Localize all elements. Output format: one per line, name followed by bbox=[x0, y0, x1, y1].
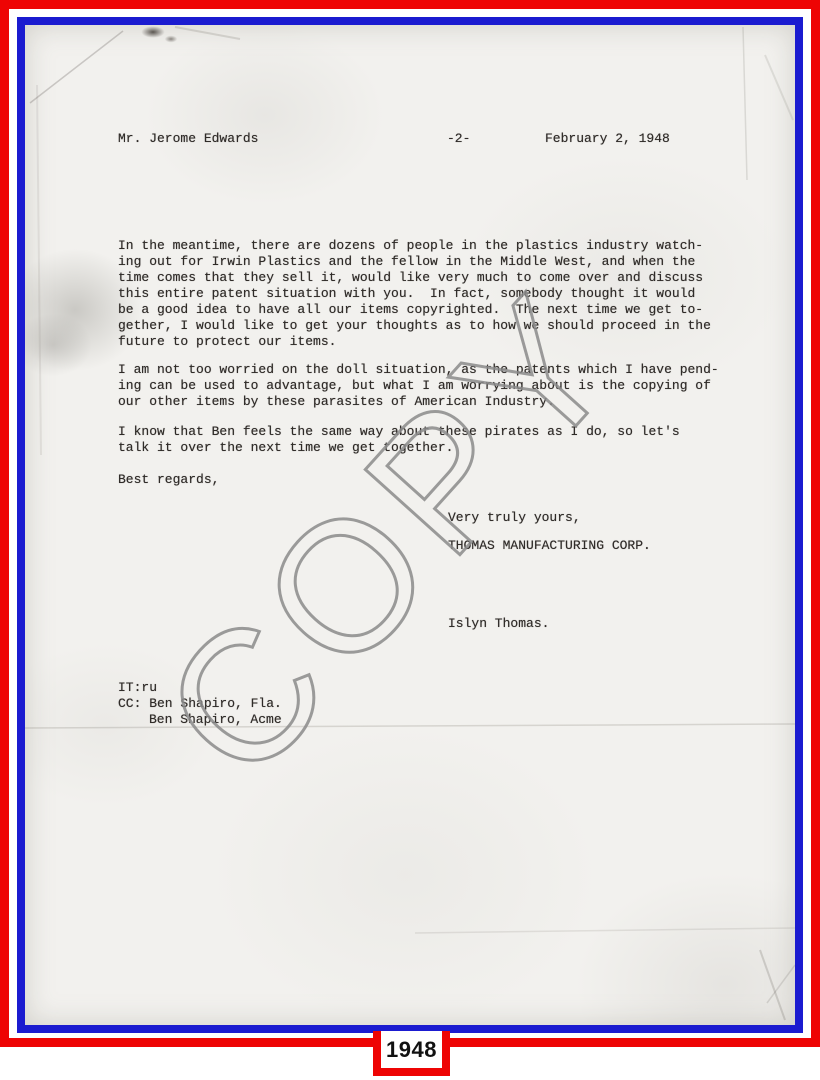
recipient-name: Mr. Jerome Edwards bbox=[118, 131, 258, 147]
signature-name: Islyn Thomas. bbox=[448, 616, 549, 632]
year-tab: 1948 bbox=[373, 1031, 450, 1076]
letter-line: our other items by these parasites of Am… bbox=[118, 394, 719, 410]
cc-line: Ben Shapiro, Acme bbox=[149, 712, 282, 728]
letter-date: February 2, 1948 bbox=[545, 131, 670, 147]
paragraph: In the meantime, there are dozens of peo… bbox=[118, 238, 711, 350]
letter-paper: Mr. Jerome Edwards -2- February 2, 1948 … bbox=[25, 25, 795, 1025]
paragraph: I am not too worried on the doll situati… bbox=[118, 362, 719, 410]
valediction: Very truly yours, bbox=[448, 510, 581, 526]
letter-line: be a good idea to have all our items cop… bbox=[118, 302, 711, 318]
letter-line: future to protect our items. bbox=[118, 334, 711, 350]
scanned-letter-page: Mr. Jerome Edwards -2- February 2, 1948 … bbox=[0, 0, 820, 1080]
paragraph: I know that Ben feels the same way about… bbox=[118, 424, 680, 456]
letter-line: gether, I would like to get your thought… bbox=[118, 318, 711, 334]
letter-line: I know that Ben feels the same way about… bbox=[118, 424, 680, 440]
letter-line: I am not too worried on the doll situati… bbox=[118, 362, 719, 378]
year-label: 1948 bbox=[386, 1037, 437, 1063]
letter-line: In the meantime, there are dozens of peo… bbox=[118, 238, 711, 254]
letter-line: time comes that they sell it, would like… bbox=[118, 270, 711, 286]
typist-initials: IT:ru bbox=[118, 680, 157, 696]
letter-line: ing can be used to advantage, but what I… bbox=[118, 378, 719, 394]
crease-marks bbox=[25, 25, 795, 1025]
letter-line: this entire patent situation with you. I… bbox=[118, 286, 711, 302]
page-number: -2- bbox=[447, 131, 470, 147]
company-name: THOMAS MANUFACTURING CORP. bbox=[448, 538, 651, 554]
letter-line: ing out for Irwin Plastics and the fello… bbox=[118, 254, 711, 270]
letter-line: talk it over the next time we get togeth… bbox=[118, 440, 680, 456]
salutation: Best regards, bbox=[118, 472, 219, 488]
copy-watermark: COPY bbox=[25, 25, 795, 1025]
cc-line: CC: Ben Shapiro, Fla. bbox=[118, 696, 282, 712]
